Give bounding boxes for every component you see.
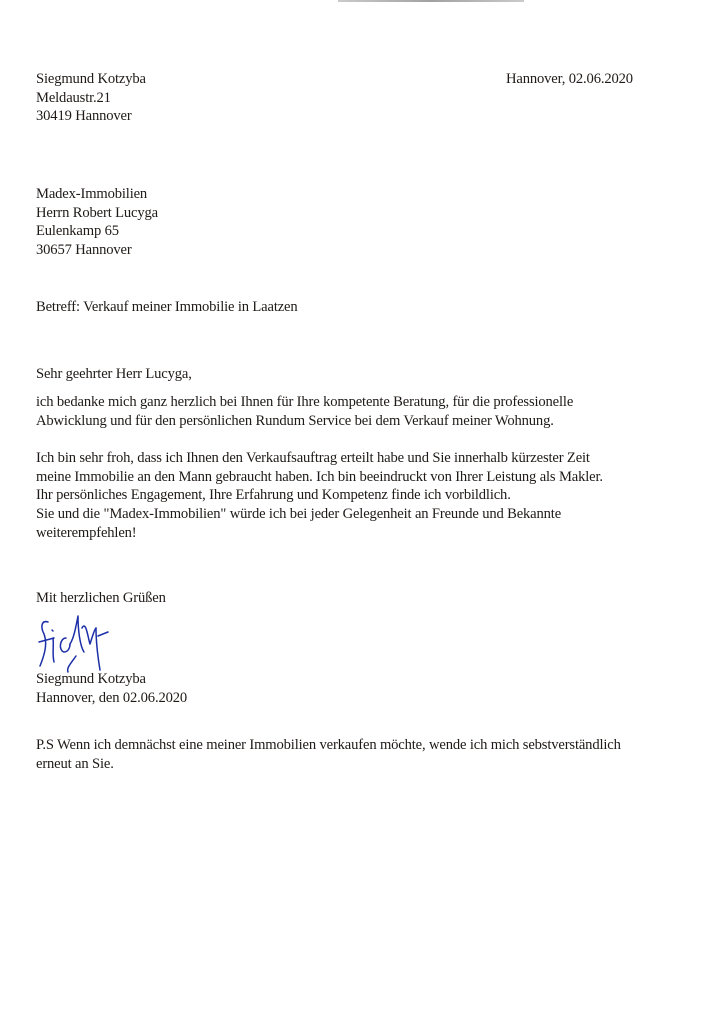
recipient-address: Madex-Immobilien Herrn Robert Lucyga Eul… <box>36 185 158 259</box>
paragraph-line: ich bedanke mich ganz herzlich bei Ihnen… <box>36 393 573 412</box>
signoff-block: Siegmund Kotzyba Hannover, den 02.06.202… <box>36 670 187 707</box>
salutation: Sehr geehrter Herr Lucyga, <box>36 365 192 383</box>
paragraph-line: Ihr persönliches Engagement, Ihre Erfahr… <box>36 486 603 505</box>
paragraph-line: Ich bin sehr froh, dass ich Ihnen den Ve… <box>36 449 603 468</box>
sender-city: 30419 Hannover <box>36 107 146 126</box>
signoff-name: Siegmund Kotzyba <box>36 670 187 689</box>
paragraph-line: meine Immobilie an den Mann gebraucht ha… <box>36 468 603 487</box>
subject-line: Betreff: Verkauf meiner Immobilie in Laa… <box>36 298 298 316</box>
postscript: P.S Wenn ich demnächst eine meiner Immob… <box>36 736 621 773</box>
paragraph-1: ich bedanke mich ganz herzlich bei Ihnen… <box>36 393 573 430</box>
sender-address: Siegmund Kotzyba Meldaustr.21 30419 Hann… <box>36 70 146 126</box>
paragraph-line: Abwicklung und für den persönlichen Rund… <box>36 412 573 431</box>
sender-street: Meldaustr.21 <box>36 89 146 108</box>
signoff-place-date: Hannover, den 02.06.2020 <box>36 689 187 708</box>
scan-edge-artifact <box>338 0 524 2</box>
paragraph-3: Sie und die "Madex-Immobilien" würde ich… <box>36 505 561 542</box>
postscript-line: erneut an Sie. <box>36 755 621 774</box>
paragraph-line: weiterempfehlen! <box>36 524 561 543</box>
handwritten-signature-icon <box>36 608 126 674</box>
paragraph-2: Ich bin sehr froh, dass ich Ihnen den Ve… <box>36 449 603 505</box>
recipient-company: Madex-Immobilien <box>36 185 158 204</box>
closing-phrase: Mit herzlichen Grüßen <box>36 589 166 607</box>
sender-name: Siegmund Kotzyba <box>36 70 146 89</box>
recipient-city: 30657 Hannover <box>36 241 158 260</box>
recipient-street: Eulenkamp 65 <box>36 222 158 241</box>
recipient-person: Herrn Robert Lucyga <box>36 204 158 223</box>
letter-date: Hannover, 02.06.2020 <box>506 70 633 88</box>
postscript-line: P.S Wenn ich demnächst eine meiner Immob… <box>36 736 621 755</box>
paragraph-line: Sie und die "Madex-Immobilien" würde ich… <box>36 505 561 524</box>
